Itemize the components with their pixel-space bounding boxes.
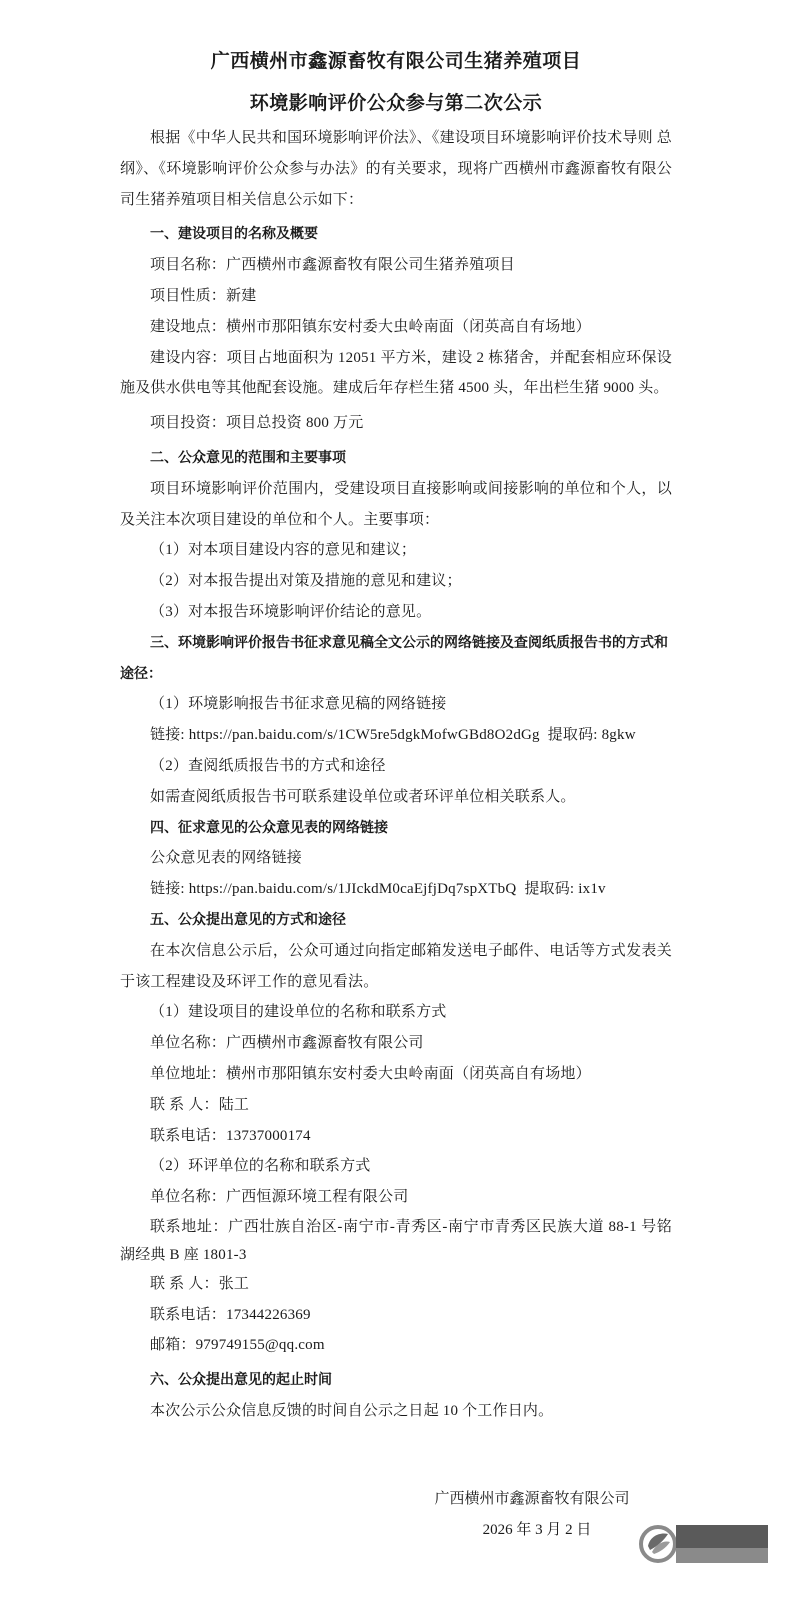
project-investment: 项目投资：项目总投资 800 万元	[120, 408, 672, 439]
section3-sub2-text: 如需查阅纸质报告书可联系建设单位或者环评单位相关联系人。	[120, 782, 672, 813]
section2-heading: 二、公众意见的范围和主要事项	[120, 443, 672, 474]
watermark-logo	[638, 1524, 770, 1564]
form-code-label: 提取码:	[516, 881, 578, 897]
project-content: 建设内容：项目占地面积为 12051 平方米，建设 2 栋猪舍，并配套相应环保设…	[120, 343, 672, 405]
evaluator-contact: 联 系 人：张工	[120, 1269, 672, 1300]
builder-heading: （1）建设项目的建设单位的名称和联系方式	[120, 997, 672, 1028]
report-link-line: 链接: https://pan.baidu.com/s/1CW5re5dgkMo…	[120, 720, 672, 751]
project-nature: 项目性质：新建	[120, 281, 672, 312]
intro-paragraph: 根据《中华人民共和国环境影响评价法》、《建设项目环境影响评价技术导则 总纲》、《…	[120, 123, 672, 215]
section6-text: 本次公示公众信息反馈的时间自公示之日起 10 个工作日内。	[120, 1396, 672, 1427]
section3-sub2: （2）查阅纸质报告书的方式和途径	[120, 751, 672, 782]
project-location: 建设地点：横州市那阳镇东安村委大虫岭南面（闭英高自有场地）	[120, 312, 672, 343]
signature-block: 广西横州市鑫源畜牧有限公司 2026 年 3 月 2 日	[430, 1484, 634, 1546]
report-extract-code: 8gkw	[602, 727, 636, 743]
section5-heading: 五、公众提出意见的方式和途径	[120, 905, 672, 936]
evaluator-phone: 联系电话：17344226369	[120, 1300, 672, 1331]
section3-sub1: （1）环境影响报告书征求意见稿的网络链接	[120, 689, 672, 720]
document-title-line2: 环境影响评价公众参与第二次公示	[120, 88, 672, 115]
project-name: 项目名称：广西横州市鑫源畜牧有限公司生猪养殖项目	[120, 250, 672, 281]
section3-heading: 三、环境影响评价报告书征求意见稿全文公示的网络链接及查阅纸质报告书的方式和途径：	[120, 628, 672, 690]
form-link-line: 链接: https://pan.baidu.com/s/1JIckdM0caEj…	[120, 874, 672, 905]
builder-name: 单位名称：广西横州市鑫源畜牧有限公司	[120, 1028, 672, 1059]
report-link[interactable]: https://pan.baidu.com/s/1CW5re5dgkMofwGB…	[189, 727, 540, 743]
signature-date: 2026 年 3 月 2 日	[430, 1515, 634, 1546]
opinion-form-link[interactable]: https://pan.baidu.com/s/1JIckdM0caEjfjDq…	[189, 881, 517, 897]
section6-heading: 六、公众提出意见的起止时间	[120, 1365, 672, 1396]
section1-heading: 一、建设项目的名称及概要	[120, 219, 672, 250]
logo-wordmark	[676, 1525, 768, 1563]
form-extract-code: ix1v	[578, 881, 605, 897]
report-link-label: 链接:	[150, 727, 189, 743]
document-body: 根据《中华人民共和国环境影响评价法》、《建设项目环境影响评价技术导则 总纲》、《…	[120, 123, 672, 1427]
section2-item-3: （3）对本报告环境影响评价结论的意见。	[120, 597, 672, 628]
section4-heading: 四、征求意见的公众意见表的网络链接	[120, 813, 672, 844]
section2-item-1: （1）对本项目建设内容的意见和建议；	[120, 535, 672, 566]
section5-text: 在本次信息公示后，公众可通过向指定邮箱发送电子邮件、电话等方式发表关于该工程建设…	[120, 936, 672, 998]
builder-address: 单位地址：横州市那阳镇东安村委大虫岭南面（闭英高自有场地）	[120, 1059, 672, 1090]
builder-contact: 联 系 人：陆工	[120, 1090, 672, 1121]
document-title-line1: 广西横州市鑫源畜牧有限公司生猪养殖项目	[120, 46, 672, 73]
section4-text: 公众意见表的网络链接	[120, 843, 672, 874]
signature-company: 广西横州市鑫源畜牧有限公司	[430, 1484, 634, 1515]
leaf-emblem-icon	[638, 1524, 678, 1564]
section2-item-2: （2）对本报告提出对策及措施的意见和建议；	[120, 566, 672, 597]
builder-phone: 联系电话：13737000174	[120, 1121, 672, 1152]
evaluator-heading: （2）环评单位的名称和联系方式	[120, 1151, 672, 1182]
evaluator-email: 邮箱：979749155@qq.com	[120, 1330, 672, 1361]
section2-text: 项目环境影响评价范围内，受建设项目直接影响或间接影响的单位和个人，以及关注本次项…	[120, 474, 672, 536]
form-link-label: 链接:	[150, 881, 189, 897]
evaluator-address: 联系地址：广西壮族自治区-南宁市-青秀区-南宁市青秀区民族大道 88-1 号铭湖…	[120, 1213, 672, 1269]
evaluator-name: 单位名称：广西恒源环境工程有限公司	[120, 1182, 672, 1213]
report-code-label: 提取码:	[540, 727, 602, 743]
